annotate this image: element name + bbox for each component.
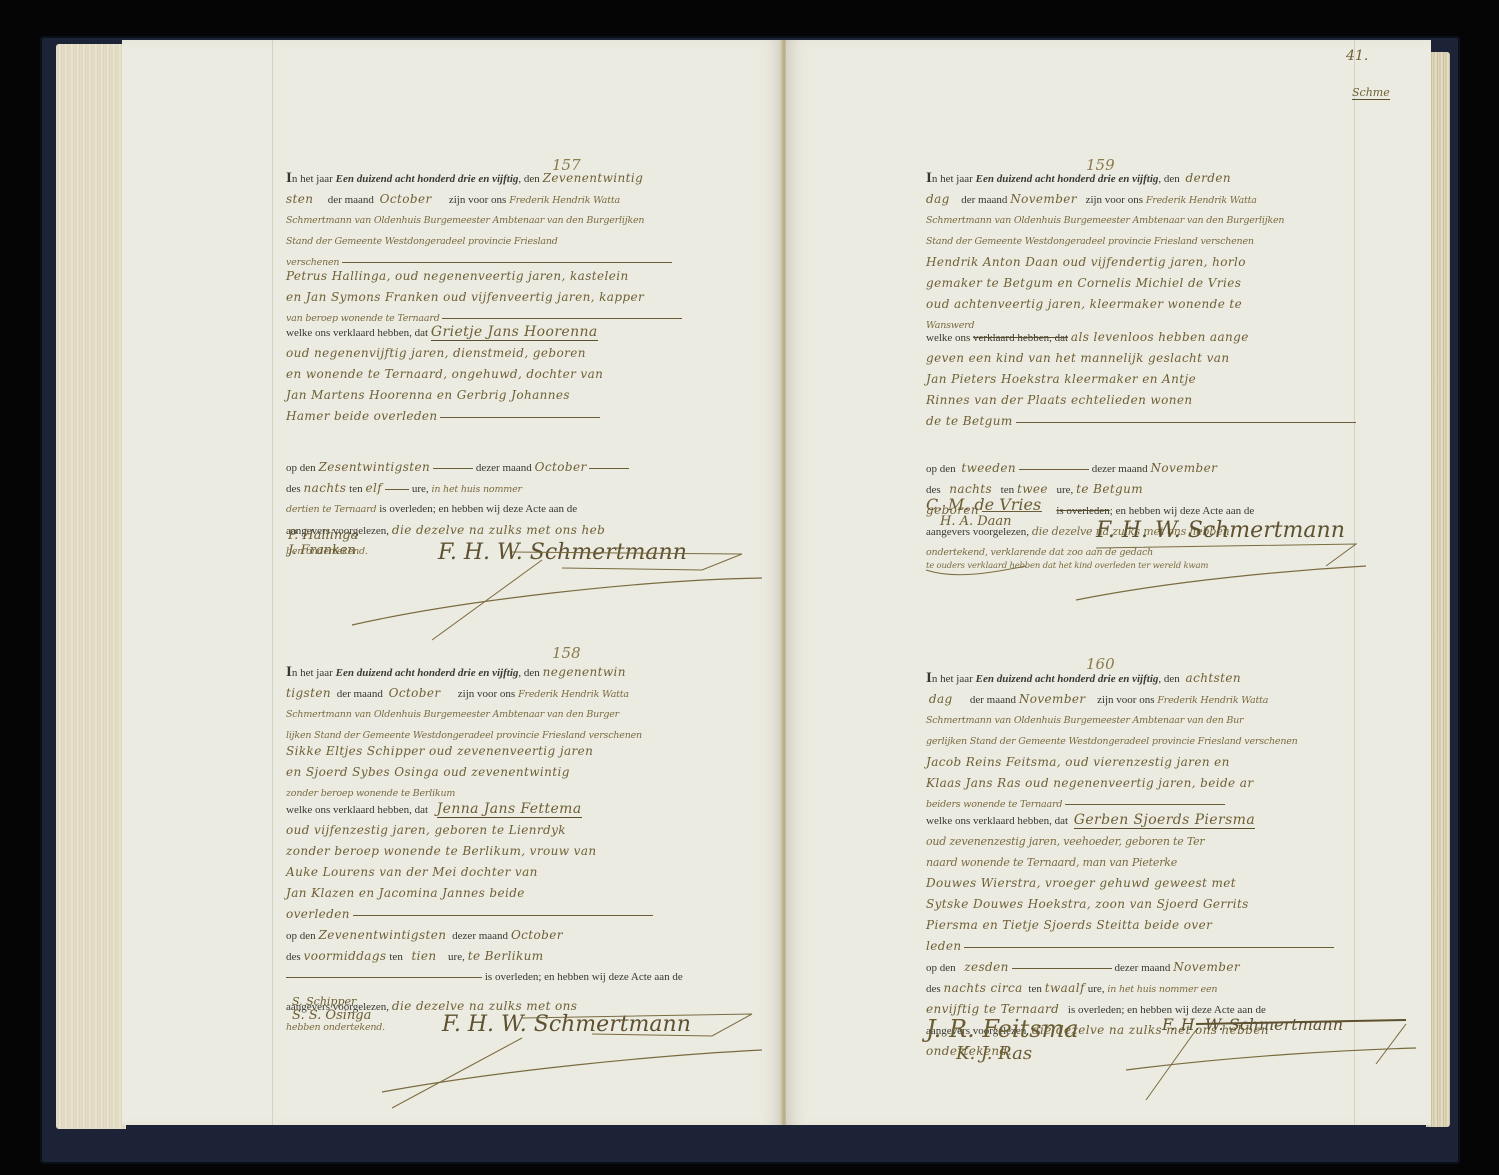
handwritten-day-cont: dag bbox=[926, 192, 950, 206]
handwritten-day: Zevenentwintig bbox=[543, 171, 643, 185]
handwritten-details: Sytske Douwes Hoekstra, zoon van Sjoerd … bbox=[926, 897, 1249, 911]
form-text: n het jaar bbox=[292, 667, 333, 679]
handwritten-day: derden bbox=[1186, 171, 1231, 185]
handwritten-official: Frederik Hendrik Watta bbox=[1157, 695, 1268, 706]
form-text: dezer maand bbox=[476, 462, 532, 474]
handwritten-hour: tien bbox=[411, 949, 436, 963]
handwritten-details: zonder beroep wonende te Berlikum, vrouw… bbox=[286, 844, 597, 858]
form-text: der maand bbox=[970, 694, 1016, 706]
handwritten-place: dertien te Ternaard bbox=[286, 504, 376, 515]
handwritten-details: oud vijfenzestig jaren, geboren te Lienr… bbox=[286, 823, 566, 837]
handwritten-declarant: zonder beroep wonende te Berlikum bbox=[286, 788, 455, 799]
handwritten-day-cont: sten bbox=[286, 192, 313, 206]
handwritten-official: Schmertmann van Oldenhuis Burgemeester A… bbox=[286, 215, 644, 226]
handwritten-death-day: tweeden bbox=[961, 461, 1016, 475]
form-text: , den bbox=[518, 173, 539, 185]
fill-rule bbox=[286, 977, 482, 978]
handwritten-details: leden bbox=[926, 939, 961, 953]
form-text: zijn voor ons bbox=[449, 194, 506, 206]
act-number: 158 bbox=[552, 644, 581, 662]
form-text: ure, bbox=[1088, 983, 1105, 995]
handwritten-details: Jan Martens Hoorenna en Gerbrig Johannes bbox=[286, 388, 570, 402]
handwritten-details: Hamer beide overleden bbox=[286, 409, 438, 423]
handwritten-declarant: en Jan Symons Franken oud vijfenveertig … bbox=[286, 290, 644, 304]
form-text: n het jaar bbox=[932, 673, 973, 685]
struck-form-text: verklaard hebben, dat bbox=[973, 332, 1068, 344]
handwritten-statement: de te Betgum bbox=[926, 414, 1013, 428]
handwritten-month: October bbox=[389, 686, 441, 700]
form-text: des bbox=[926, 983, 941, 995]
form-text: ten bbox=[1028, 983, 1041, 995]
form-text: ten bbox=[389, 951, 402, 963]
handwritten-details: overleden bbox=[286, 907, 350, 921]
fill-rule bbox=[589, 468, 629, 469]
handwritten-death-day: Zesentwintigsten bbox=[319, 460, 431, 474]
signature: S. S. Osinga bbox=[292, 1008, 371, 1023]
handwritten-hour: elf bbox=[365, 481, 382, 495]
form-text: der maand bbox=[337, 688, 383, 700]
corner-mark: Schme bbox=[1352, 86, 1390, 100]
form-text: welke ons bbox=[926, 332, 973, 344]
folio-number: 41. bbox=[1346, 48, 1368, 64]
handwritten-declarant: Jacob Reins Feitsma, oud vierenzestig ja… bbox=[926, 755, 1230, 769]
handwritten-declarant: Petrus Hallinga, oud negenenveertig jare… bbox=[286, 269, 629, 283]
handwritten-place: te Betgum bbox=[1076, 482, 1143, 496]
form-text: op den bbox=[926, 962, 956, 974]
form-text: dezer maand bbox=[452, 930, 508, 942]
handwritten-day: achtsten bbox=[1186, 671, 1241, 685]
handwritten-details: oud negenenvijftig jaren, dienstmeid, ge… bbox=[286, 346, 586, 360]
handwritten-place: envijftig te Ternaard bbox=[926, 1002, 1059, 1016]
handwritten-official: Frederik Hendrik Watta bbox=[518, 689, 629, 700]
handwritten-day: negenentwin bbox=[543, 665, 626, 679]
fill-rule bbox=[433, 468, 473, 469]
handwritten-details: Auke Lourens van der Mei dochter van bbox=[286, 865, 538, 879]
handwritten-place: in het huis nommer een bbox=[1107, 984, 1217, 995]
handwritten-details: Douwes Wierstra, vroeger gehuwd geweest … bbox=[926, 876, 1236, 890]
form-text: op den bbox=[926, 463, 956, 475]
handwritten-place: in het huis nommer bbox=[431, 484, 521, 495]
right-page: 41. Schme 159 In het jaar Een duizend ac… bbox=[786, 40, 1431, 1125]
signature-flourish bbox=[1086, 1000, 1426, 1110]
form-text: , den bbox=[1158, 673, 1179, 685]
fill-rule bbox=[1016, 422, 1356, 423]
form-text: ure, bbox=[412, 483, 429, 495]
fill-rule bbox=[442, 318, 682, 319]
handwritten-death-month: October bbox=[535, 460, 587, 474]
printed-year: Een duizend acht honderd drie en vijftig bbox=[976, 173, 1159, 185]
handwritten-official: Schmertmann van Oldenhuis Burgemeester A… bbox=[926, 715, 1243, 726]
handwritten-statement: geven een kind van het mannelijk geslach… bbox=[926, 351, 1230, 365]
fill-rule bbox=[1019, 469, 1089, 470]
form-text: welke ons verklaard hebben, dat bbox=[286, 327, 428, 339]
form-text: des bbox=[286, 951, 301, 963]
form-text: dezer maand bbox=[1092, 463, 1148, 475]
handwritten-official: lijken Stand der Gemeente Westdongeradee… bbox=[286, 730, 642, 741]
signature: J. R. Feitsma bbox=[926, 1015, 1079, 1043]
handwritten-place: te Berlikum bbox=[468, 949, 544, 963]
handwritten-details: oud zevenenzestig jaren, veehoeder, gebo… bbox=[926, 835, 1204, 848]
form-text: zijn voor ons bbox=[458, 688, 515, 700]
form-text: zijn voor ons bbox=[1086, 194, 1143, 206]
handwritten-day-cont: tigsten bbox=[286, 686, 331, 700]
form-text: op den bbox=[286, 462, 316, 474]
handwritten-statement: Jan Pieters Hoekstra kleermaker en Antje bbox=[926, 372, 1196, 386]
fill-rule bbox=[1012, 968, 1112, 969]
handwritten-day-cont: dag bbox=[929, 692, 953, 706]
margin-line bbox=[272, 40, 273, 1125]
handwritten-death-day: Zevenentwintigsten bbox=[319, 928, 447, 942]
handwritten-hour: twee bbox=[1017, 482, 1048, 496]
handwritten-declarant: gemaker te Betgum en Cornelis Michiel de… bbox=[926, 276, 1241, 290]
form-text: der maand bbox=[328, 194, 374, 206]
handwritten-month: October bbox=[380, 192, 432, 206]
form-text: , den bbox=[1158, 173, 1179, 185]
fill-rule bbox=[1065, 804, 1225, 805]
handwritten-details: naard wonende te Ternaard, man van Piete… bbox=[926, 856, 1177, 869]
handwritten-death-month: November bbox=[1151, 461, 1218, 475]
form-text: dezer maand bbox=[1115, 962, 1171, 974]
handwritten-official: Stand der Gemeente Westdongeradeel provi… bbox=[926, 236, 1254, 247]
handwritten-statement: als levenloos hebben aange bbox=[1071, 330, 1249, 344]
deceased-name: Jenna Jans Fettema bbox=[437, 801, 582, 818]
handwritten-declarant: en Sjoerd Sybes Osinga oud zevenentwinti… bbox=[286, 765, 570, 779]
handwritten-declarant: oud achtenveertig jaren, kleermaker wone… bbox=[926, 297, 1242, 311]
handwritten-declarant: Hendrik Anton Daan oud vijfendertig jare… bbox=[926, 255, 1246, 269]
form-text: n het jaar bbox=[292, 173, 333, 185]
handwritten-closing: die dezelve na zulks met ons heb bbox=[392, 523, 605, 537]
form-text: der maand bbox=[961, 194, 1007, 206]
handwritten-month: November bbox=[1010, 192, 1077, 206]
signature-flourish bbox=[342, 540, 782, 650]
form-text: des bbox=[286, 483, 301, 495]
deceased-name: Grietje Jans Hoorenna bbox=[431, 324, 598, 341]
printed-year: Een duizend acht honderd drie en vijftig bbox=[336, 667, 519, 679]
fill-rule bbox=[964, 947, 1334, 948]
handwritten-statement: Rinnes van der Plaats echtelieden wonen bbox=[926, 393, 1192, 407]
page-stack-left bbox=[56, 44, 126, 1129]
handwritten-declarant: Sikke Eltjes Schipper oud zevenenveertig… bbox=[286, 744, 593, 758]
form-text: ure, bbox=[1057, 484, 1074, 496]
left-page: 157 In het jaar Een duizend acht honderd… bbox=[122, 40, 782, 1125]
handwritten-hour: twaalf bbox=[1045, 981, 1085, 995]
handwritten-details: Jan Klazen en Jacomina Jannes beide bbox=[286, 886, 525, 900]
handwritten-details: Piersma en Tietje Sjoerds Steitta beide … bbox=[926, 918, 1212, 932]
printed-year: Een duizend acht honderd drie en vijftig bbox=[976, 673, 1159, 685]
signatures-158: S. Schipper S. S. Osinga bbox=[292, 995, 371, 1023]
deceased-name: Gerben Sjoerds Piersma bbox=[1074, 812, 1255, 829]
handwritten-declarant: beiders wonende te Ternaard bbox=[926, 799, 1062, 810]
handwritten-death-day: zesden bbox=[964, 960, 1009, 974]
form-text: welke ons verklaard hebben, dat bbox=[286, 804, 428, 816]
form-text: zijn voor ons bbox=[1097, 694, 1154, 706]
form-text: ure, bbox=[448, 951, 465, 963]
printed-year: Een duizend acht honderd drie en vijftig bbox=[336, 173, 519, 185]
form-text: , den bbox=[518, 667, 539, 679]
signature: S. Schipper bbox=[292, 995, 371, 1008]
handwritten-details: en wonende te Ternaard, ongehuwd, dochte… bbox=[286, 367, 603, 381]
handwritten-official: Schmertmann van Oldenhuis Burgemeester A… bbox=[926, 215, 1284, 226]
form-text: ten bbox=[349, 483, 362, 495]
handwritten-official: Stand der Gemeente Westdongeradeel provi… bbox=[286, 236, 558, 247]
fill-rule bbox=[353, 915, 653, 916]
handwritten-declarant: Klaas Jans Ras oud negenenveertig jaren,… bbox=[926, 776, 1253, 790]
signatures-160: J. R. Feitsma K. J. Ras bbox=[926, 1015, 1079, 1064]
signature-flourish bbox=[916, 510, 1376, 620]
signature-flourish bbox=[362, 1000, 782, 1110]
fill-rule bbox=[342, 262, 672, 263]
handwritten-time-of-day: nachts circa bbox=[944, 981, 1023, 995]
form-text: n het jaar bbox=[932, 173, 973, 185]
handwritten-death-month: November bbox=[1173, 960, 1240, 974]
form-text: is overleden; en hebben wij deze Acte aa… bbox=[485, 971, 683, 983]
handwritten-month: November bbox=[1019, 692, 1086, 706]
form-text: op den bbox=[286, 930, 316, 942]
form-text: is overleden; en hebben wij deze Acte aa… bbox=[379, 503, 577, 515]
signature: K. J. Ras bbox=[956, 1043, 1079, 1064]
handwritten-official: Frederik Hendrik Watta bbox=[1146, 195, 1257, 206]
handwritten-time-of-day: nachts bbox=[949, 482, 992, 496]
handwritten-time-of-day: nachts bbox=[304, 481, 347, 495]
handwritten-official: Frederik Hendrik Watta bbox=[509, 195, 620, 206]
handwritten-official: Schmertmann van Oldenhuis Burgemeester A… bbox=[286, 709, 619, 720]
handwritten-death-month: October bbox=[511, 928, 563, 942]
handwritten-time-of-day: voormiddags bbox=[304, 949, 387, 963]
act-158: In het jaar Een duizend acht honderd dri… bbox=[286, 662, 756, 1033]
fill-rule bbox=[440, 417, 600, 418]
form-text: welke ons verklaard hebben, dat bbox=[926, 815, 1068, 827]
handwritten-official: gerlijken Stand der Gemeente Westdongera… bbox=[926, 736, 1298, 747]
fill-rule bbox=[385, 489, 409, 490]
act-157: In het jaar Een duizend acht honderd dri… bbox=[286, 168, 756, 562]
